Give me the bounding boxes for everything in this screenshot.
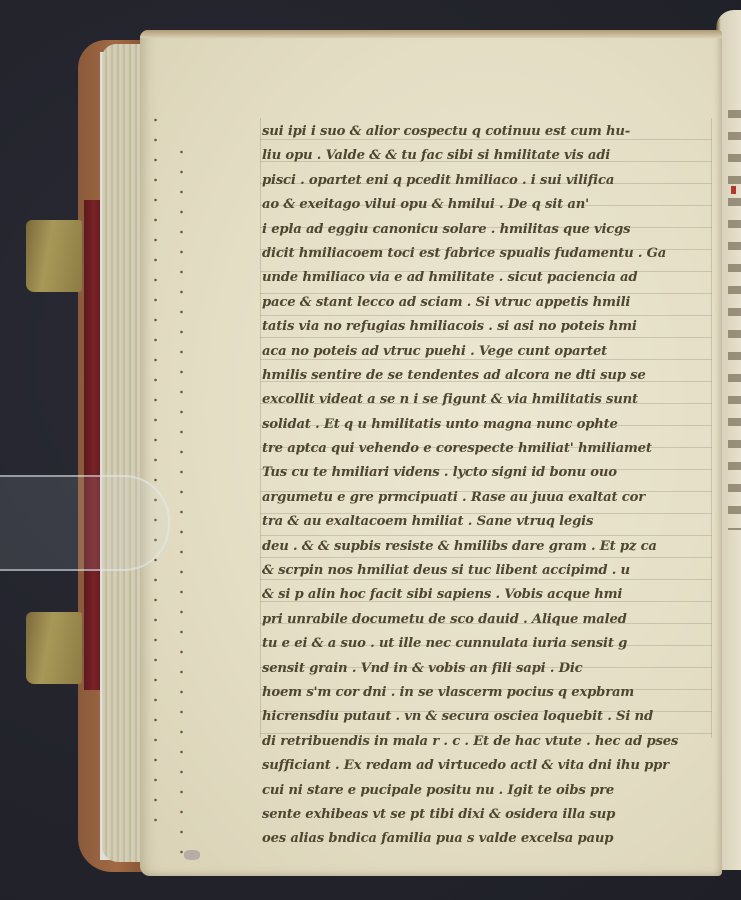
manuscript-line: tre aptca qui vehendo e corespecte hmili… xyxy=(262,437,682,461)
manuscript-line: liu opu . Valde & & tu fac sibi si hmili… xyxy=(262,144,682,168)
prick-marks-inner xyxy=(180,142,183,862)
manuscript-line: pisci . opartet eni q pcedit hmiliaco . … xyxy=(262,169,682,193)
page-top-edge xyxy=(140,30,722,38)
page-weight xyxy=(0,475,170,571)
manuscript-line: & si p alin hoc facit sibi sapiens . Vob… xyxy=(262,583,682,607)
manuscript-line: sente exhibeas vt se pt tibi dixi & osid… xyxy=(262,803,682,827)
manuscript-line: unde hmiliaco via e ad hmilitate . sicut… xyxy=(262,266,682,290)
manuscript-line: i epla ad eggiu canonicu solare . hmilit… xyxy=(262,218,682,242)
prick-marks-outer xyxy=(154,110,157,830)
manuscript-line: pace & stant lecco ad sciam . Si vtruc a… xyxy=(262,291,682,315)
manuscript-line: sui ipi i suo & alior cospectu q cotinuu… xyxy=(262,120,682,144)
manuscript-line: tatis via no refugias hmiliacois . si as… xyxy=(262,315,682,339)
manuscript-line: oes alias bndica familia pua s valde exc… xyxy=(262,827,682,851)
manuscript-line: tu e ei & a suo . ut ille nec cunnulata … xyxy=(262,632,682,656)
text-block: sui ipi i suo & alior cospectu q cotinuu… xyxy=(262,120,682,852)
folio-mark xyxy=(184,850,200,860)
facing-page-rubric xyxy=(731,186,736,194)
manuscript-line: Tus cu te hmiliari videns . lycto signi … xyxy=(262,461,682,485)
facing-page-text xyxy=(728,110,741,530)
manuscript-line: & scrpin nos hmiliat deus si tuc libent … xyxy=(262,559,682,583)
manuscript-line: cui ni stare e pucipale positu nu . Igit… xyxy=(262,779,682,803)
manuscript-line: argumetu e gre prmcipuati . Rase au juua… xyxy=(262,486,682,510)
manuscript-line: sufficiant . Ex redam ad virtucedo actl … xyxy=(262,754,682,778)
manuscript-line: hicrensdiu putaut . vn & secura osciea l… xyxy=(262,705,682,729)
velvet-tab-upper xyxy=(26,220,82,292)
manuscript-line: hoem s'm cor dni . in se vlascerm pocius… xyxy=(262,681,682,705)
manuscript-line: sensit grain . Vnd in & vobis an fili sa… xyxy=(262,657,682,681)
manuscript-line: excollit videat a se n i se figunt & via… xyxy=(262,388,682,412)
manuscript-line: di retribuendis in mala r . c . Et de ha… xyxy=(262,730,682,754)
manuscript-line: deu . & & supbis resiste & hmilibs dare … xyxy=(262,535,682,559)
manuscript-line: ao & exeitago vilui opu & hmilui . De q … xyxy=(262,193,682,217)
manuscript-line: pri unrabile documetu de sco dauid . Ali… xyxy=(262,608,682,632)
manuscript-line: hmilis sentire de se tendentes ad alcora… xyxy=(262,364,682,388)
manuscript-line: dicit hmiliacoem toci est fabrice spuali… xyxy=(262,242,682,266)
manuscript-page: sui ipi i suo & alior cospectu q cotinuu… xyxy=(140,30,722,876)
manuscript-line: solidat . Et q u hmilitatis unto magna n… xyxy=(262,413,682,437)
velvet-tab-lower xyxy=(26,612,82,684)
manuscript-line: aca no poteis ad vtruc puehi . Vege cunt… xyxy=(262,340,682,364)
manuscript-line: tra & au exaltacoem hmiliat . Sane vtruq… xyxy=(262,510,682,534)
